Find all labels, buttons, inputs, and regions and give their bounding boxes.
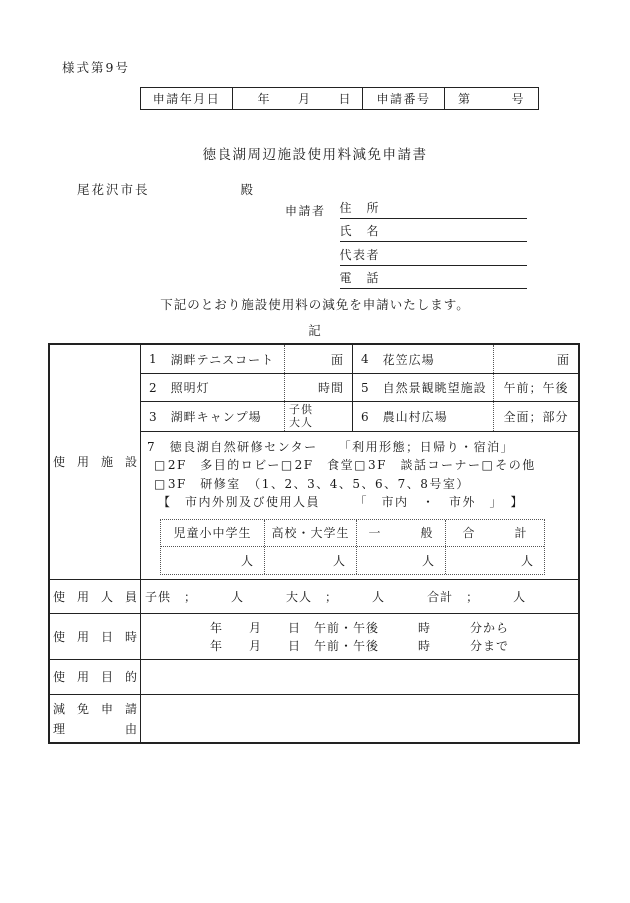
- facility-7-section: 7 徳良湖自然研修センター 「利用形態；日帰り・宿泊」 □2F 多目的ロビー□2…: [141, 432, 578, 579]
- facility-content: 1 湖畔テニスコート 面 4 花笠広場 面: [141, 345, 578, 579]
- facility-7-checkbox-line-1: □2F 多目的ロビー□2F 食堂□3F 談話コーナー□その他: [147, 456, 574, 474]
- facility-6-name: 6 農山村広場: [353, 402, 494, 431]
- honorific: 殿: [241, 182, 256, 197]
- record-marker: 記: [0, 321, 630, 339]
- facility-1-name: 1 湖畔テニスコート: [141, 345, 285, 373]
- count-elementary-field[interactable]: 人: [161, 547, 265, 574]
- total-count-group[interactable]: 合計 ；人: [427, 588, 526, 605]
- facility-4-name: 4 花笠広場: [353, 345, 494, 373]
- header-general: 一 般: [357, 520, 446, 546]
- personnel-breakdown-table: 児童小中学生 高校・大学生 一 般 合 計 人 人 人 人: [160, 519, 545, 575]
- usage-purpose-field[interactable]: [141, 660, 578, 694]
- application-header-table: 申請年月日 年 月 日 申請番号 第 号: [140, 87, 539, 110]
- count-total-field[interactable]: 人: [446, 547, 544, 574]
- facility-2-number: 2: [149, 381, 158, 395]
- row-label-people: 使 用 人 員: [50, 580, 141, 613]
- phone-field[interactable]: 電 話: [340, 266, 527, 290]
- applicant-label: 申請者: [285, 202, 326, 289]
- name-label: 氏 名: [340, 222, 381, 239]
- facility-3-unit-field[interactable]: 子供 大人: [285, 402, 352, 431]
- application-date-field[interactable]: 年 月 日: [233, 88, 363, 109]
- facility-6-unit-field[interactable]: 全面；部分: [494, 402, 578, 431]
- document-page: 様式第9号 申請年月日 年 月 日 申請番号 第 号 徳良湖周辺施設使用料減免申…: [0, 0, 630, 903]
- checkbox-unchecked-icon[interactable]: □: [154, 477, 167, 491]
- checkbox-item-other[interactable]: □その他: [481, 458, 535, 472]
- usage-datetime-field[interactable]: 年 月 日 午前・午後 時 分から 年 月 日 午前・午後 時 分まで: [141, 614, 578, 659]
- form-number: 様式第9号: [62, 58, 130, 76]
- date-placeholder-text: 年 月 日: [257, 90, 352, 107]
- checkbox-unchecked-icon[interactable]: □: [281, 458, 294, 472]
- header-highschool-university: 高校・大学生: [265, 520, 357, 546]
- facility-3-number: 3: [149, 410, 158, 424]
- representative-label: 代表者: [340, 246, 381, 263]
- applicant-section: 申請者 住 所 氏 名 代表者 電 話: [285, 195, 527, 289]
- facility-2-unit-field[interactable]: 時間: [285, 374, 352, 401]
- datetime-from-line: 年 月 日 午前・午後 時 分から: [141, 619, 578, 637]
- facility-section-row: 使 用 施 設 1 湖畔テニスコート 面 4: [50, 345, 578, 579]
- reduction-reason-field[interactable]: [141, 695, 578, 742]
- people-count-field[interactable]: 子供 ；人 大人 ；人 合計 ；人: [141, 580, 578, 613]
- name-field[interactable]: 氏 名: [340, 219, 527, 243]
- usage-datetime-row: 使 用 日 時 年 月 日 午前・午後 時 分から 年 月 日 午前・午後 時 …: [50, 613, 578, 659]
- checkbox-item-3f-training-rooms[interactable]: □3F 研修室 （1、2、3、4、5、6、7、8号室）: [154, 477, 470, 491]
- application-detail-table: 使 用 施 設 1 湖畔テニスコート 面 4: [48, 343, 580, 744]
- facility-2-name: 2 照明灯: [141, 374, 285, 401]
- address-label: 住 所: [340, 199, 381, 216]
- checkbox-unchecked-icon[interactable]: □: [154, 458, 167, 472]
- facility-5-name: 5 自然景観眺望施設: [353, 374, 494, 401]
- people-count-row: 使 用 人 員 子供 ；人 大人 ；人 合計 ；人: [50, 579, 578, 613]
- facility-row-2: 2 照明灯 時間 5 自然景観眺望施設 午前；午後: [141, 374, 578, 402]
- number-prefix: 第: [458, 90, 472, 107]
- adults-count-group[interactable]: 大人 ；人: [286, 588, 385, 605]
- facility-3-name: 3 湖畔キャンプ場: [141, 402, 285, 431]
- number-suffix: 号: [511, 90, 525, 107]
- count-highschool-field[interactable]: 人: [265, 547, 357, 574]
- application-number-label: 申請番号: [363, 88, 445, 109]
- reduction-reason-row: 減 免 申 請 理 由: [50, 694, 578, 742]
- row-label-datetime: 使 用 日 時: [50, 614, 141, 659]
- document-title: 徳良湖周辺施設使用料減免申請書: [0, 143, 630, 163]
- facility-5-unit-field[interactable]: 午前；午後: [494, 374, 578, 401]
- checkbox-item-2f-dining[interactable]: □2F 食堂: [281, 458, 354, 472]
- row-label-facility: 使 用 施 設: [50, 345, 141, 579]
- facility-7-bracket-line: 【 市内外別及び使用人員 「 市内 ・ 市外 」 】: [147, 493, 574, 511]
- header-total: 合 計: [446, 520, 544, 546]
- declaration-text: 下記のとおり施設使用料の減免を申請いたします。: [0, 295, 630, 313]
- header-elementary-students: 児童小中学生: [161, 520, 265, 546]
- facility-row-3: 3 湖畔キャンプ場 子供 大人 6 農山村広場: [141, 402, 578, 432]
- usage-purpose-row: 使 用 目 的: [50, 659, 578, 694]
- facility-1-number: 1: [149, 352, 158, 366]
- checkbox-unchecked-icon[interactable]: □: [481, 458, 494, 472]
- address-field[interactable]: 住 所: [340, 195, 527, 219]
- facility-4-unit-field[interactable]: 面: [494, 345, 578, 373]
- application-number-field[interactable]: 第 号: [445, 88, 538, 109]
- checkbox-item-2f-lobby[interactable]: □2F 多目的ロビー: [154, 458, 281, 472]
- facility-5-number: 5: [361, 381, 370, 395]
- facility-row-1: 1 湖畔テニスコート 面 4 花笠広場 面: [141, 345, 578, 374]
- facility-7-checkbox-line-2: □3F 研修室 （1、2、3、4、5、6、7、8号室）: [147, 475, 574, 493]
- addressee: 尾花沢市長: [77, 182, 150, 197]
- representative-field[interactable]: 代表者: [340, 242, 527, 266]
- checkbox-item-3f-lounge[interactable]: □3F 談話コーナー: [354, 458, 481, 472]
- checkbox-unchecked-icon[interactable]: □: [354, 458, 367, 472]
- facility-7-heading: 7 徳良湖自然研修センター 「利用形態；日帰り・宿泊」: [147, 438, 574, 456]
- personnel-value-row: 人 人 人 人: [161, 547, 544, 574]
- phone-label: 電 話: [340, 269, 381, 286]
- count-general-field[interactable]: 人: [357, 547, 446, 574]
- applicant-fields: 住 所 氏 名 代表者 電 話: [340, 195, 527, 289]
- facility-6-number: 6: [361, 410, 370, 424]
- datetime-to-line: 年 月 日 午前・午後 時 分まで: [141, 637, 578, 655]
- facility-4-number: 4: [361, 352, 370, 366]
- addressee-line: 尾花沢市長 殿: [77, 180, 255, 198]
- facility-1-unit-field[interactable]: 面: [285, 345, 352, 373]
- application-date-label: 申請年月日: [141, 88, 233, 109]
- children-count-group[interactable]: 子供 ；人: [145, 588, 244, 605]
- personnel-header-row: 児童小中学生 高校・大学生 一 般 合 計: [161, 520, 544, 547]
- row-label-reason: 減 免 申 請 理 由: [50, 695, 141, 742]
- row-label-purpose: 使 用 目 的: [50, 660, 141, 694]
